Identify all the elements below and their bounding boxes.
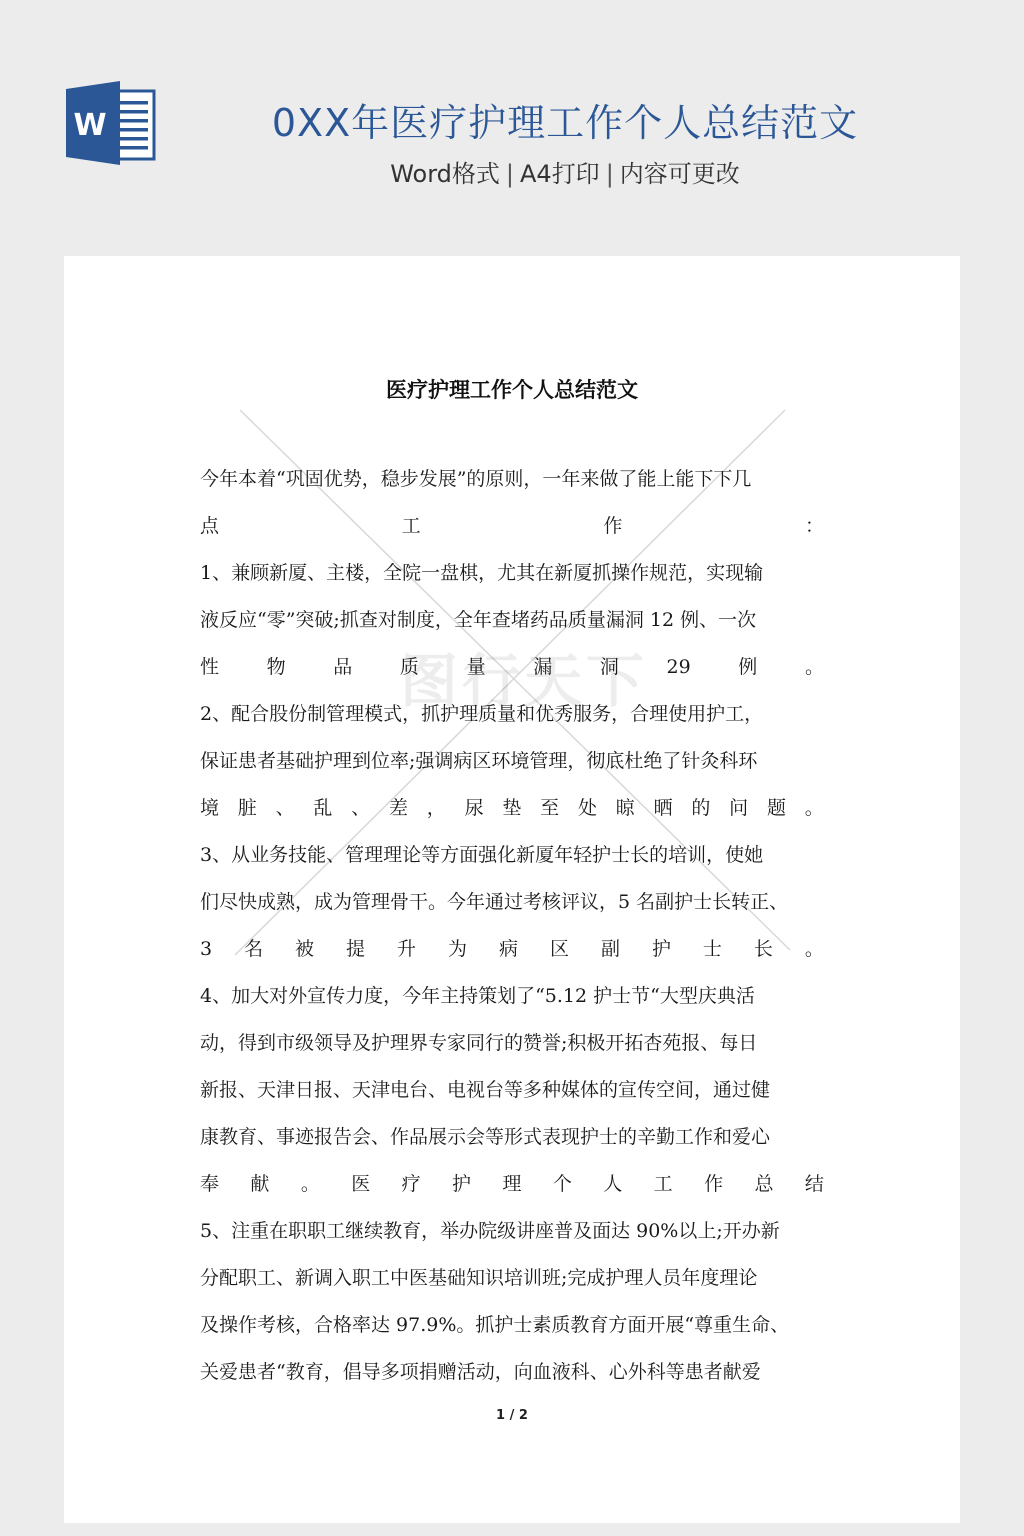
document-line: 性物品质量漏洞29例。 xyxy=(200,652,824,699)
line-glyph: 。 xyxy=(805,934,824,981)
document-line: 关爱患者“教育，倡导多项捐赠活动，向血液科、心外科等患者献爱 xyxy=(200,1357,824,1404)
document-line: 5、注重在职职工继续教育，举办院级讲座普及面达 90%以上;开办新 xyxy=(200,1216,824,1263)
line-glyph: 晒 xyxy=(654,793,673,840)
document-line: 保证患者基础护理到位率;强调病区环境管理，彻底杜绝了针灸科环 xyxy=(200,746,824,793)
line-glyph: 工 xyxy=(402,511,421,558)
document-line: 3、从业务技能、管理理论等方面强化新厦年轻护士长的培训，使她 xyxy=(200,840,824,887)
document-line: 奉献。医疗护理个人工作总结 xyxy=(200,1169,824,1216)
document-line: 2、配合股份制管理模式，抓护理质量和优秀服务，合理使用护工， xyxy=(200,699,824,746)
line-glyph: 。 xyxy=(805,652,824,699)
document-title: 医疗护理工作个人总结范文 xyxy=(64,374,960,404)
line-glyph: 境 xyxy=(200,793,219,840)
line-glyph: 垫 xyxy=(502,793,521,840)
subtitle-editable: 内容可更改 xyxy=(620,160,740,188)
line-glyph: 处 xyxy=(578,793,597,840)
line-glyph: 献 xyxy=(250,1169,269,1216)
line-glyph: 名 xyxy=(244,934,263,981)
document-line: 分配职工、新调入职工中医基础知识培训班;完成护理人员年度理论 xyxy=(200,1263,824,1310)
line-glyph: 长 xyxy=(754,934,773,981)
subtitle-format: Word格式 xyxy=(390,160,500,188)
header: W 0XX年医疗护理工作个人总结范文 Word格式|A4打印|内容可更改 xyxy=(0,0,1024,256)
page-number: 1 / 2 xyxy=(64,1408,960,1423)
svg-text:W: W xyxy=(73,108,106,143)
document-line: 点工作： xyxy=(200,511,824,558)
line-glyph: 个 xyxy=(553,1169,572,1216)
line-glyph: 区 xyxy=(550,934,569,981)
line-glyph: 物 xyxy=(267,652,286,699)
subtitle-separator: | xyxy=(606,160,614,188)
line-glyph: 乱 xyxy=(313,793,332,840)
line-glyph: 3 xyxy=(200,934,212,981)
line-glyph: 病 xyxy=(499,934,518,981)
subtitle-separator: | xyxy=(506,160,514,188)
document-line: 康教育、事迹报告会、作品展示会等形式表现护士的辛勤工作和爱心 xyxy=(200,1122,824,1169)
line-glyph: 漏 xyxy=(533,652,552,699)
line-glyph: 点 xyxy=(200,511,219,558)
line-glyph: 护 xyxy=(652,934,671,981)
line-glyph: ： xyxy=(805,511,824,558)
line-glyph: 护 xyxy=(452,1169,471,1216)
line-glyph: 质 xyxy=(400,652,419,699)
line-glyph: 题 xyxy=(767,793,786,840)
line-glyph: 结 xyxy=(805,1169,824,1216)
subtitle-print: A4打印 xyxy=(520,160,600,188)
line-glyph: 作 xyxy=(603,511,622,558)
line-glyph: ， xyxy=(427,793,446,840)
document-line: 今年本着“巩固优势，稳步发展”的原则，一年来做了能上能下下几 xyxy=(200,464,824,511)
line-glyph: 。 xyxy=(301,1169,320,1216)
line-glyph: 品 xyxy=(333,652,352,699)
line-glyph: 量 xyxy=(467,652,486,699)
line-glyph: 工 xyxy=(654,1169,673,1216)
line-glyph: 晾 xyxy=(616,793,635,840)
line-glyph: 脏 xyxy=(238,793,257,840)
line-glyph: 奉 xyxy=(200,1169,219,1216)
line-glyph: 、 xyxy=(276,793,295,840)
line-glyph: 29 xyxy=(666,652,690,699)
line-glyph: 、 xyxy=(351,793,370,840)
line-glyph: 士 xyxy=(703,934,722,981)
line-glyph: 总 xyxy=(754,1169,773,1216)
line-glyph: 副 xyxy=(601,934,620,981)
line-glyph: 为 xyxy=(448,934,467,981)
line-glyph: 人 xyxy=(603,1169,622,1216)
line-glyph: 医 xyxy=(351,1169,370,1216)
banner-subtitle: Word格式|A4打印|内容可更改 xyxy=(220,154,910,189)
document-line: 及操作考核，合格率达 97.9%。抓护士素质教育方面开展“尊重生命、 xyxy=(200,1310,824,1357)
line-glyph: 例 xyxy=(738,652,757,699)
line-glyph: 差 xyxy=(389,793,408,840)
line-glyph: 被 xyxy=(295,934,314,981)
document-line: 新报、天津日报、天津电台、电视台等多种媒体的宣传空间，通过健 xyxy=(200,1075,824,1122)
document-page: 图行天下 医疗护理工作个人总结范文 今年本着“巩固优势，稳步发展”的原则，一年来… xyxy=(64,256,960,1523)
line-glyph: 至 xyxy=(540,793,559,840)
line-glyph: 尿 xyxy=(465,793,484,840)
document-body: 今年本着“巩固优势，稳步发展”的原则，一年来做了能上能下下几点工作：1、兼顾新厦… xyxy=(200,464,824,1404)
document-line: 境脏、乱、差，尿垫至处晾晒的问题。 xyxy=(200,793,824,840)
document-line: 3名被提升为病区副护士长。 xyxy=(200,934,824,981)
line-glyph: 理 xyxy=(502,1169,521,1216)
line-glyph: 问 xyxy=(729,793,748,840)
line-glyph: 作 xyxy=(704,1169,723,1216)
line-glyph: 性 xyxy=(200,652,219,699)
line-glyph: 提 xyxy=(346,934,365,981)
document-line: 4、加大对外宣传力度，今年主持策划了“5.12 护士节“大型庆典活 xyxy=(200,981,824,1028)
line-glyph: 疗 xyxy=(402,1169,421,1216)
banner-title: 0XX年医疗护理工作个人总结范文 xyxy=(220,92,910,147)
line-glyph: 。 xyxy=(805,793,824,840)
document-line: 动，得到市级领导及护理界专家同行的赞誉;积极开拓杏苑报、每日 xyxy=(200,1028,824,1075)
word-document-icon: W xyxy=(64,81,156,165)
document-line: 液反应“零”突破;抓查对制度，全年查堵药品质量漏洞 12 例、一次 xyxy=(200,605,824,652)
line-glyph: 的 xyxy=(691,793,710,840)
document-line: 1、兼顾新厦、主楼，全院一盘棋，尤其在新厦抓操作规范，实现输 xyxy=(200,558,824,605)
line-glyph: 洞 xyxy=(600,652,619,699)
document-line: 们尽快成熟，成为管理骨干。今年通过考核评议，5 名副护士长转正、 xyxy=(200,887,824,934)
line-glyph: 升 xyxy=(397,934,416,981)
